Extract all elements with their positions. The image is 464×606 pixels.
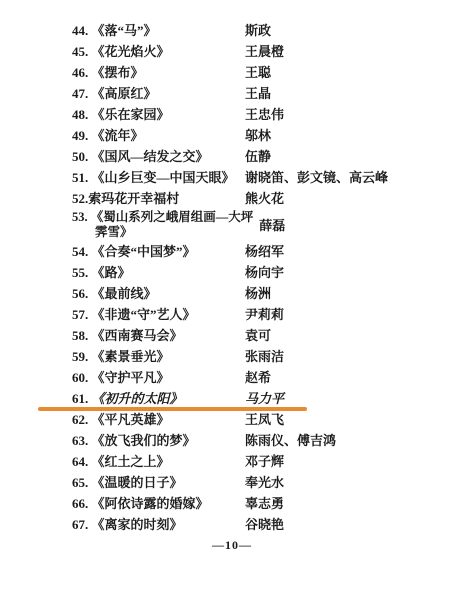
- entry-title: 《流年》: [92, 128, 144, 143]
- entry-author: 袁可: [245, 325, 271, 346]
- entry-author: 王忠伟: [245, 104, 284, 125]
- entry-title: 《合奏“中国梦”》: [92, 244, 196, 259]
- entry-title-cell: 54. 《合奏“中国梦”》: [72, 241, 245, 262]
- entry-number: 55.: [72, 265, 92, 280]
- entry-title: 《国风—结发之交》: [92, 149, 209, 164]
- entry-title: 《素景垂光》: [92, 349, 170, 364]
- entry-number: 62.: [72, 412, 92, 427]
- entry-title-cell: 58. 《西南赛马会》: [72, 325, 245, 346]
- document-page: 44. 《落“马”》斯政45. 《花光焰火》王晨橙46. 《摆布》王聪47. 《…: [0, 0, 464, 606]
- entry-title-cell: 46. 《摆布》: [72, 62, 245, 83]
- list-item: 64. 《红土之上》邓子辉: [72, 451, 448, 472]
- list-item: 49. 《流年》邬林: [72, 125, 448, 146]
- entry-number: 64.: [72, 454, 92, 469]
- entry-title: 索玛花开幸福村: [88, 191, 179, 206]
- entry-title-cell: 51. 《山乡巨变—中国天眼》: [72, 167, 245, 188]
- entry-number: 53.: [72, 210, 91, 224]
- list-item: 52.索玛花开幸福村熊火花: [72, 188, 448, 209]
- entry-title-cell: 47. 《高原红》: [72, 83, 245, 104]
- entry-author: 熊火花: [245, 188, 284, 209]
- entry-number: 65.: [72, 475, 92, 490]
- list-item: 66. 《阿依诗露的婚嫁》辜志勇: [72, 493, 448, 514]
- list-item: 61. 《初升的太阳》马力平: [72, 388, 448, 409]
- entry-title-cell: 50. 《国风—结发之交》: [72, 146, 245, 167]
- entry-number: 47.: [72, 86, 92, 101]
- entry-number: 50.: [72, 149, 92, 164]
- list-item: 44. 《落“马”》斯政: [72, 20, 448, 41]
- list-item: 45. 《花光焰火》王晨橙: [72, 41, 448, 62]
- entry-author: 杨洲: [245, 283, 271, 304]
- entry-title: 《高原红》: [92, 86, 157, 101]
- entry-list: 44. 《落“马”》斯政45. 《花光焰火》王晨橙46. 《摆布》王聪47. 《…: [72, 20, 448, 535]
- entry-author: 伍静: [245, 146, 271, 167]
- entry-title: 《路》: [92, 265, 131, 280]
- list-item: 55. 《路》杨向宇: [72, 262, 448, 283]
- list-item: 50. 《国风—结发之交》伍静: [72, 146, 448, 167]
- entry-title-cell: 57. 《非遗“守”艺人》: [72, 304, 245, 325]
- entry-title: 《离家的时刻》: [92, 517, 183, 532]
- list-item: 65. 《温暖的日子》奉光水: [72, 472, 448, 493]
- entry-title-cell: 66. 《阿依诗露的婚嫁》: [72, 493, 245, 514]
- list-item: 54. 《合奏“中国梦”》杨绍军: [72, 241, 448, 262]
- entry-author: 邬林: [245, 125, 271, 146]
- entry-number: 56.: [72, 286, 92, 301]
- entry-author: 王晶: [245, 83, 271, 104]
- entry-title: 《乐在家园》: [92, 107, 170, 122]
- entry-title-cell: 56. 《最前线》: [72, 283, 245, 304]
- entry-title-cell: 55. 《路》: [72, 262, 245, 283]
- entry-number: 48.: [72, 107, 92, 122]
- list-item: 62. 《平凡英雄》王凤飞: [72, 409, 448, 430]
- entry-author: 斯政: [245, 20, 271, 41]
- entry-title-cell: 62. 《平凡英雄》: [72, 409, 245, 430]
- entry-author: 杨绍军: [245, 241, 284, 262]
- entry-title-cell: 63. 《放飞我们的梦》: [72, 430, 245, 451]
- list-item: 58. 《西南赛马会》袁可: [72, 325, 448, 346]
- entry-author: 谢晓笛、彭文镜、高云峰: [245, 167, 388, 188]
- entry-title-cell: 64. 《红土之上》: [72, 451, 245, 472]
- entry-number: 57.: [72, 307, 92, 322]
- entry-author: 薛磊: [259, 215, 285, 236]
- entry-title-cell: 45. 《花光焰火》: [72, 41, 245, 62]
- entry-author: 杨向宇: [245, 262, 284, 283]
- entry-number: 58.: [72, 328, 92, 343]
- list-item: 53. 《蜀山系列之峨眉组画—大坪霁雪》薛磊: [72, 209, 448, 241]
- entry-title: 《红土之上》: [92, 454, 170, 469]
- entry-number: 66.: [72, 496, 92, 511]
- entry-title: 《阿依诗露的婚嫁》: [92, 496, 209, 511]
- entry-title: 《蜀山系列之峨眉组画—大坪: [91, 210, 254, 224]
- entry-title-cell: 53. 《蜀山系列之峨眉组画—大坪霁雪》: [72, 209, 259, 241]
- entry-author: 邓子辉: [245, 451, 284, 472]
- entry-number: 61.: [72, 391, 92, 406]
- entry-title-cell: 49. 《流年》: [72, 125, 245, 146]
- entry-title: 《温暖的日子》: [92, 475, 183, 490]
- entry-author: 谷晓艳: [245, 514, 284, 535]
- entry-title-cell: 61. 《初升的太阳》: [72, 388, 245, 409]
- entry-title: 《落“马”》: [92, 23, 157, 38]
- entry-author: 尹莉莉: [245, 304, 284, 325]
- entry-number: 54.: [72, 244, 92, 259]
- entry-title-cell: 44. 《落“马”》: [72, 20, 245, 41]
- entry-number: 44.: [72, 23, 92, 38]
- entry-number: 67.: [72, 517, 92, 532]
- entry-number: 52.: [72, 191, 88, 206]
- entry-title: 《守护平凡》: [92, 370, 170, 385]
- list-item: 67. 《离家的时刻》谷晓艳: [72, 514, 448, 535]
- entry-author: 马力平: [245, 388, 284, 409]
- entry-title-continued: 霁雪》: [72, 225, 253, 240]
- entry-author: 王聪: [245, 62, 271, 83]
- entry-number: 59.: [72, 349, 92, 364]
- entry-author: 王凤飞: [245, 409, 284, 430]
- entry-number: 46.: [72, 65, 92, 80]
- entry-title-cell: 67. 《离家的时刻》: [72, 514, 245, 535]
- entry-title: 《山乡巨变—中国天眼》: [92, 170, 235, 185]
- entry-title: 《初升的太阳》: [92, 391, 183, 406]
- list-item: 46. 《摆布》王聪: [72, 62, 448, 83]
- entry-number: 51.: [72, 170, 92, 185]
- entry-author: 辜志勇: [245, 493, 284, 514]
- highlight-underline: [38, 407, 307, 411]
- entry-title: 《西南赛马会》: [92, 328, 183, 343]
- entry-number: 49.: [72, 128, 92, 143]
- entry-title-cell: 52.索玛花开幸福村: [72, 188, 245, 209]
- entry-title-cell: 65. 《温暖的日子》: [72, 472, 245, 493]
- entry-author: 张雨洁: [245, 346, 284, 367]
- entry-title: 《非遗“守”艺人》: [92, 307, 196, 322]
- page-number: —10—: [0, 538, 464, 553]
- entry-title-cell: 48. 《乐在家园》: [72, 104, 245, 125]
- list-item: 47. 《高原红》王晶: [72, 83, 448, 104]
- list-item: 48. 《乐在家园》王忠伟: [72, 104, 448, 125]
- entry-title-cell: 59. 《素景垂光》: [72, 346, 245, 367]
- entry-author: 奉光水: [245, 472, 284, 493]
- entry-title: 《摆布》: [92, 65, 144, 80]
- entry-number: 60.: [72, 370, 92, 385]
- entry-title: 《花光焰火》: [92, 44, 170, 59]
- entry-author: 赵希: [245, 367, 271, 388]
- list-item: 57. 《非遗“守”艺人》尹莉莉: [72, 304, 448, 325]
- list-item: 51. 《山乡巨变—中国天眼》谢晓笛、彭文镜、高云峰: [72, 167, 448, 188]
- entry-title: 《放飞我们的梦》: [92, 433, 196, 448]
- entry-title: 《最前线》: [92, 286, 157, 301]
- list-item: 59. 《素景垂光》张雨洁: [72, 346, 448, 367]
- list-item: 56. 《最前线》杨洲: [72, 283, 448, 304]
- entry-title-cell: 60. 《守护平凡》: [72, 367, 245, 388]
- list-item: 60. 《守护平凡》赵希: [72, 367, 448, 388]
- entry-number: 63.: [72, 433, 92, 448]
- list-item: 63. 《放飞我们的梦》陈雨仪、傅吉鸿: [72, 430, 448, 451]
- entry-author: 王晨橙: [245, 41, 284, 62]
- entry-title: 《平凡英雄》: [92, 412, 170, 427]
- entry-number: 45.: [72, 44, 92, 59]
- entry-author: 陈雨仪、傅吉鸿: [245, 430, 336, 451]
